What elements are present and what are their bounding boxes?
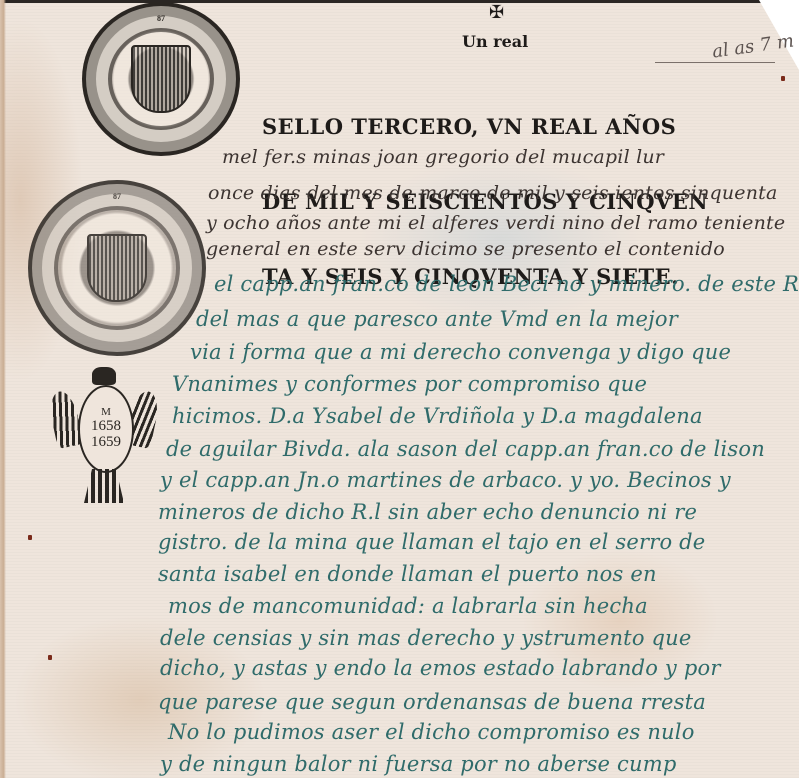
handwritten-line: de aguilar Bivda. ala sason del capp.an … — [166, 437, 765, 461]
corner-rule-line — [655, 62, 775, 63]
handwritten-line: mos de mancomunidad: a labrarla sin hech… — [168, 594, 648, 618]
scan-top-border — [0, 0, 799, 3]
eagle-tail-icon — [84, 469, 124, 503]
handwritten-line: mel fer.s minas joan gregorio del mucapi… — [222, 146, 664, 168]
handwritten-line: general en este serv dicimo se presento … — [206, 238, 725, 260]
handwritten-line: dele censias y sin mas derecho y ystrume… — [160, 626, 692, 650]
stamp-heading-line: SELLO TERCERO, VN REAL AÑOS — [262, 114, 782, 139]
handwritten-line: del mas a que paresco ante Vmd en la mej… — [196, 307, 678, 331]
manuscript-page: 87 87 M 1658 1659 ✠ Un real SELLO TERCER… — [0, 0, 799, 778]
seal-number: 87 — [157, 14, 165, 23]
handwritten-line: el capp.an fran.co de leon Beci no y min… — [214, 272, 799, 296]
handwritten-line: santa isabel en donde llaman el puerto n… — [158, 562, 657, 586]
eagle-year-2: 1659 — [91, 435, 121, 451]
handwritten-line: y el capp.an Jn.o martines de arbaco. y … — [160, 468, 731, 492]
seal-number: 87 — [113, 192, 121, 201]
coat-of-arms-icon — [131, 45, 191, 113]
eagle-medallion: M 1658 1659 — [78, 385, 134, 473]
handwritten-line: y ocho años ante mi el alferes verdi nin… — [206, 212, 785, 234]
royal-seal-top: 87 — [82, 2, 240, 156]
handwritten-line: dicho, y astas y endo la emos estado lab… — [160, 656, 721, 680]
royal-seal-second: 87 — [28, 180, 206, 356]
ink-spot — [28, 535, 32, 540]
handwritten-line: que parese que segun ordenansas de buena… — [158, 690, 706, 714]
handwritten-line: via i forma que a mi derecho convenga y … — [190, 340, 731, 364]
handwritten-line: gistro. de la mina que llaman el tajo en… — [158, 530, 705, 554]
eagle-year-1: 1658 — [91, 419, 121, 435]
ink-spot — [48, 655, 52, 660]
eagle-stamp: M 1658 1659 — [48, 365, 160, 505]
stamp-value-label: Un real — [462, 32, 528, 51]
cross-icon: ✠ — [489, 3, 504, 21]
coat-of-arms-icon — [87, 234, 147, 302]
paper-left-edge — [0, 0, 6, 778]
handwritten-line: Vnanimes y conformes por compromiso que — [172, 372, 647, 396]
handwritten-line: y de ningun balor ni fuersa por no abers… — [160, 752, 677, 776]
handwritten-line: once dias del mes de marco de mil y seis… — [208, 182, 778, 204]
handwritten-line: mineros de dicho R.l sin aber echo denun… — [158, 500, 697, 524]
handwritten-line: hicimos. D.a Ysabel de Vrdiñola y D.a ma… — [172, 404, 703, 428]
handwritten-line: No lo pudimos aser el dicho compromiso e… — [168, 720, 695, 744]
eagle-head-icon — [92, 367, 116, 385]
ink-spot — [781, 76, 785, 81]
